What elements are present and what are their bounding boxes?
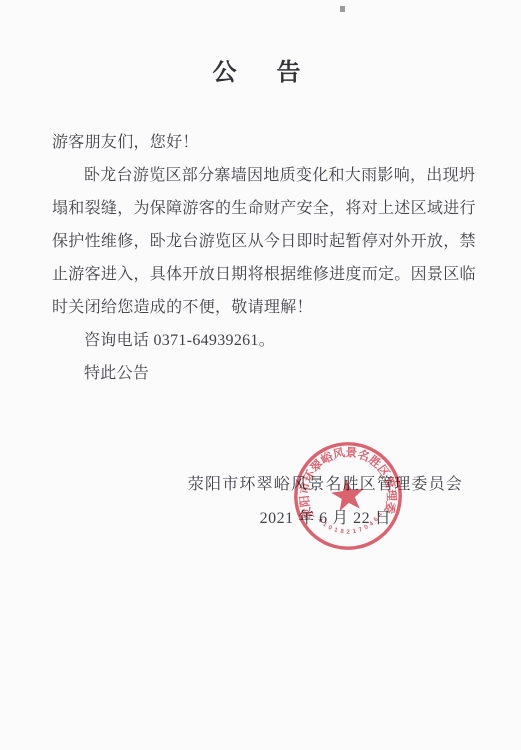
body-line: 止游客进入，具体开放日期将根据维修进度而定。因景区临: [52, 258, 477, 291]
body-line: 时关闭给您造成的不便，敬请理解！: [52, 291, 477, 324]
body-line: 卧龙台游览区部分寨墙因地质变化和大雨影响，出现坍: [52, 159, 477, 192]
seal-ring-text: 荥阳市环翠峪风景名胜区管理委员会: [263, 411, 401, 531]
body-line-greeting: 游客朋友们，您好！: [52, 126, 477, 159]
official-seal: 荥阳市环翠峪风景名胜区管理委员会 4101821704645: [263, 411, 432, 580]
notice-document: 公 告 游客朋友们，您好！ 卧龙台游览区部分寨墙因地质变化和大雨影响，出现坍 塌…: [0, 0, 521, 750]
body-line-closing: 特此公告: [52, 357, 477, 390]
scan-artifact: [340, 6, 345, 12]
body-line-contact-phone: 咨询电话 0371-64939261。: [52, 324, 477, 357]
official-seal-graphic: 荥阳市环翠峪风景名胜区管理委员会 4101821704645: [263, 411, 432, 580]
svg-text:4101821704645: 4101821704645: [263, 412, 386, 545]
notice-body: 游客朋友们，您好！ 卧龙台游览区部分寨墙因地质变化和大雨影响，出现坍 塌和裂缝，…: [52, 126, 477, 390]
seal-star-icon: [330, 477, 366, 512]
svg-text:荥阳市环翠峪风景名胜区管理委员会: 荥阳市环翠峪风景名胜区管理委员会: [263, 411, 401, 531]
seal-code: 4101821704645: [263, 412, 386, 545]
body-line: 塌和裂缝，为保障游客的生命财产安全，将对上述区域进行: [52, 192, 477, 225]
body-line: 保护性维修，卧龙台游览区从今日即时起暂停对外开放，禁: [52, 225, 477, 258]
notice-title: 公 告: [0, 52, 521, 87]
